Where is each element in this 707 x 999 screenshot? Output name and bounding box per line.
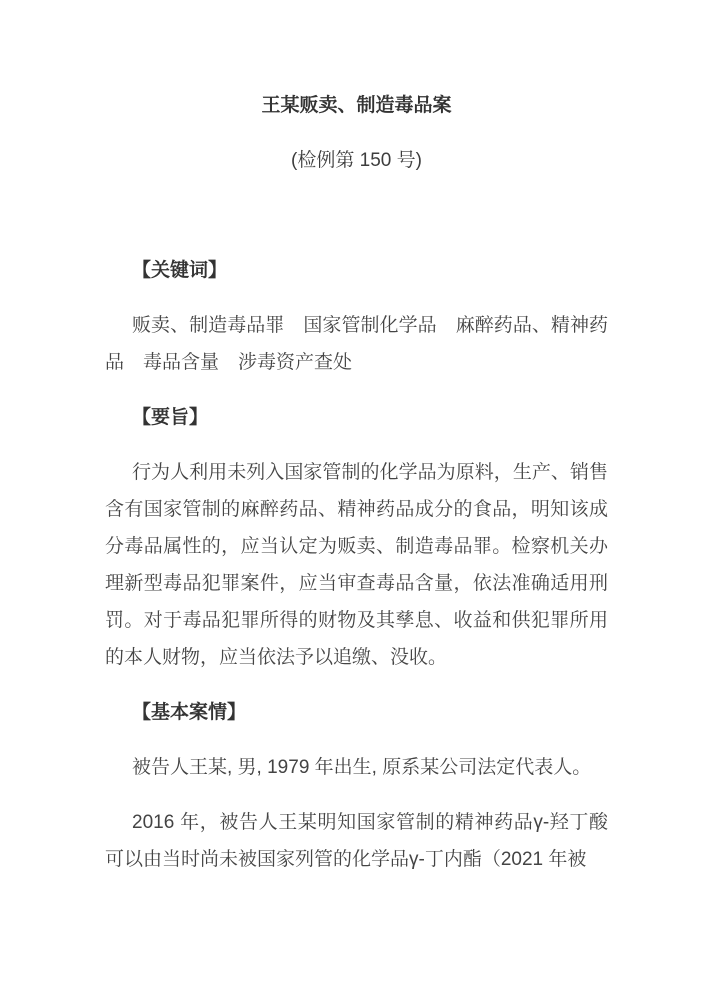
- keywords-section-heading: 【关键词】: [105, 252, 608, 289]
- basic-facts-paragraph-2: 2016 年，被告人王某明知国家管制的精神药品γ-羟丁酸可以由当时尚未被国家列管…: [105, 804, 608, 878]
- case-number: (检例第 150 号): [105, 142, 608, 179]
- keywords-text: 贩卖、制造毒品罪 国家管制化学品 麻醉药品、精神药品 毒品含量 涉毒资产查处: [105, 307, 608, 381]
- basic-facts-section-heading: 【基本案情】: [105, 694, 608, 731]
- document-page: 王某贩卖、制造毒品案 (检例第 150 号) 【关键词】 贩卖、制造毒品罪 国家…: [0, 0, 707, 999]
- gist-paragraph: 行为人利用未列入国家管制的化学品为原料，生产、销售含有国家管制的麻醉药品、精神药…: [105, 454, 608, 676]
- gist-section-heading: 【要旨】: [105, 399, 608, 436]
- basic-facts-paragraph-1: 被告人王某, 男, 1979 年出生, 原系某公司法定代表人。: [105, 749, 608, 786]
- blank-line-spacer: [105, 197, 608, 252]
- document-title: 王某贩卖、制造毒品案: [105, 87, 608, 124]
